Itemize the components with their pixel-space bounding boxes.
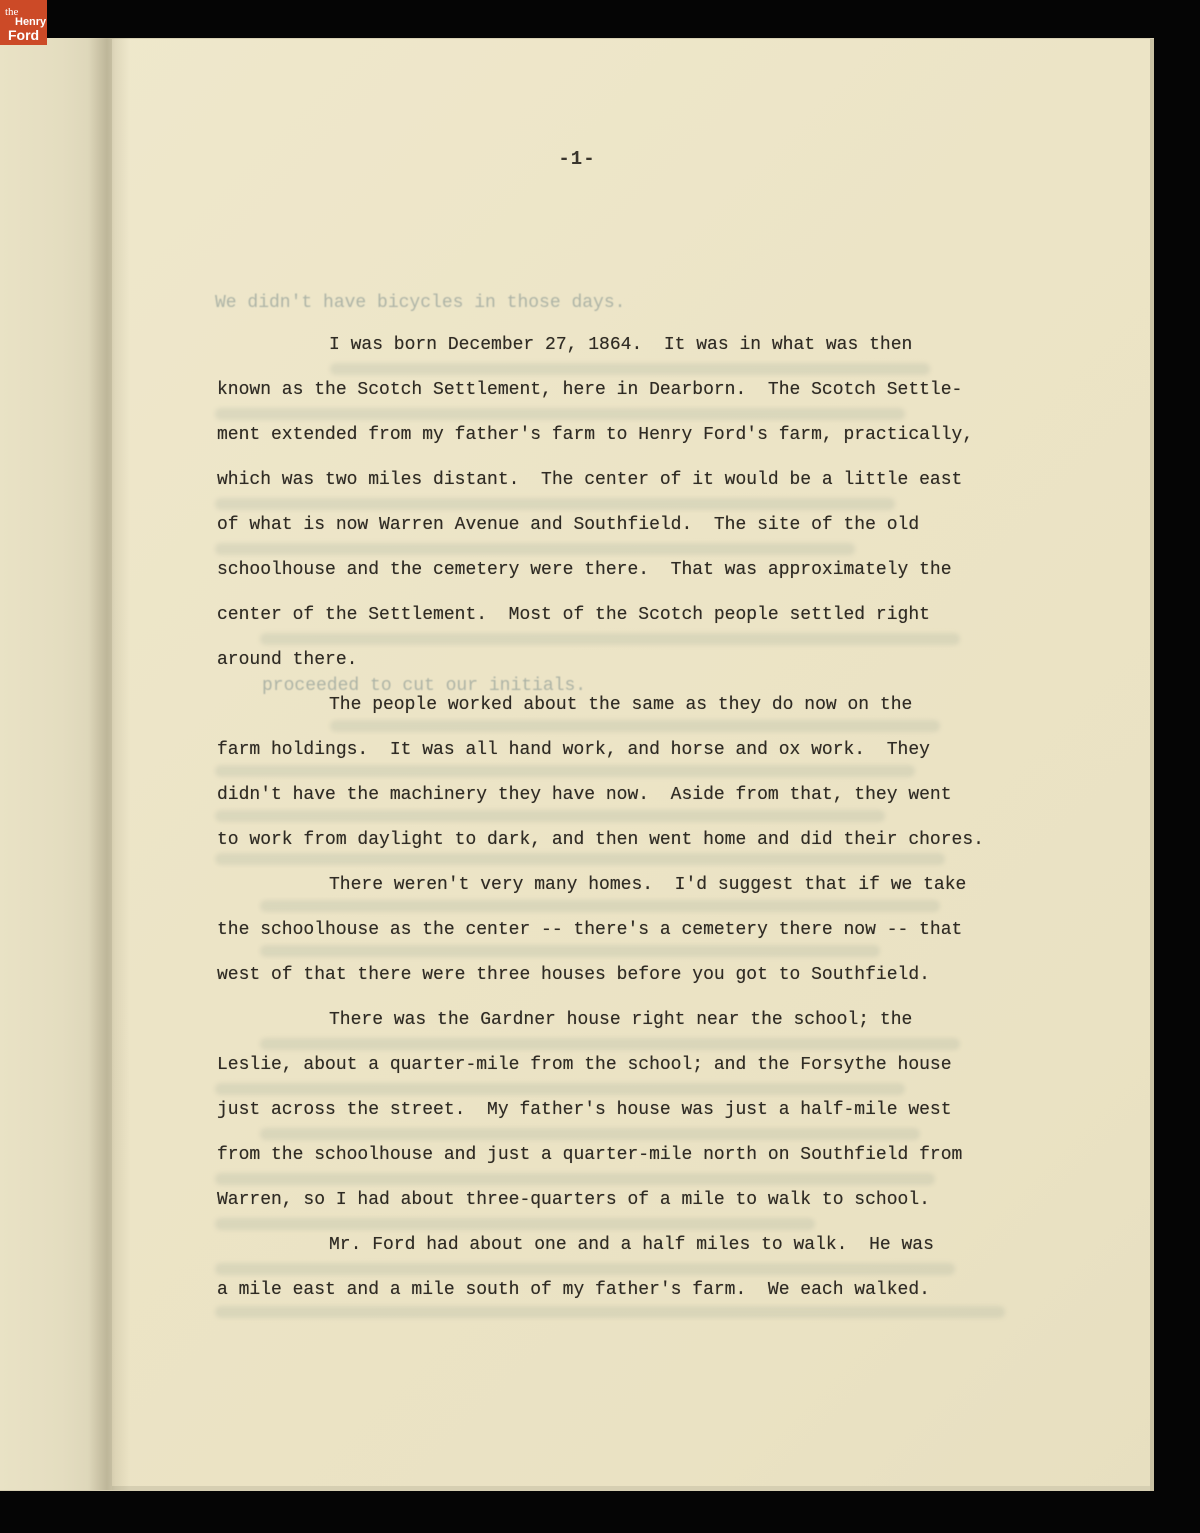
scanned-document-page: the Henry Ford -1- I was born December 2… xyxy=(0,0,1200,1533)
text-line: I was born December 27, 1864. It was in … xyxy=(217,323,1017,368)
text-line: didn't have the machinery they have now.… xyxy=(217,773,1017,818)
text-line: center of the Settlement. Most of the Sc… xyxy=(217,593,1017,638)
text-line: which was two miles distant. The center … xyxy=(217,458,1017,503)
text-line: Mr. Ford had about one and a half miles … xyxy=(217,1223,1017,1268)
page-number: -1- xyxy=(0,148,1154,170)
typewritten-text: I was born December 27, 1864. It was in … xyxy=(217,323,1017,1313)
henry-ford-logo: the Henry Ford xyxy=(0,0,47,45)
text-line: to work from daylight to dark, and then … xyxy=(217,818,1017,863)
text-line: There was the Gardner house right near t… xyxy=(217,998,1017,1043)
logo-word-ford: Ford xyxy=(8,27,39,43)
text-line: around there. xyxy=(217,638,1017,683)
text-line: a mile east and a mile south of my fathe… xyxy=(217,1268,1017,1313)
bleed-through-text: We didn't have bicycles in those days. xyxy=(215,293,625,313)
text-line: schoolhouse and the cemetery were there.… xyxy=(217,548,1017,593)
text-line: of what is now Warren Avenue and Southfi… xyxy=(217,503,1017,548)
text-line: farm holdings. It was all hand work, and… xyxy=(217,728,1017,773)
text-line: The people worked about the same as they… xyxy=(217,683,1017,728)
text-line: west of that there were three houses bef… xyxy=(217,953,1017,998)
paragraph: Mr. Ford had about one and a half miles … xyxy=(217,1223,1017,1313)
text-line: Warren, so I had about three-quarters of… xyxy=(217,1178,1017,1223)
paragraph: The people worked about the same as they… xyxy=(217,683,1017,863)
text-line: ment extended from my father's farm to H… xyxy=(217,413,1017,458)
paragraph: There was the Gardner house right near t… xyxy=(217,998,1017,1223)
text-line: There weren't very many homes. I'd sugge… xyxy=(217,863,1017,908)
paragraph: I was born December 27, 1864. It was in … xyxy=(217,323,1017,683)
text-line: just across the street. My father's hous… xyxy=(217,1088,1017,1133)
binding-crease-shadow xyxy=(88,38,130,1490)
paragraph: There weren't very many homes. I'd sugge… xyxy=(217,863,1017,998)
text-line: the schoolhouse as the center -- there's… xyxy=(217,908,1017,953)
text-line: known as the Scotch Settlement, here in … xyxy=(217,368,1017,413)
text-line: from the schoolhouse and just a quarter-… xyxy=(217,1133,1017,1178)
text-line: Leslie, about a quarter-mile from the sc… xyxy=(217,1043,1017,1088)
